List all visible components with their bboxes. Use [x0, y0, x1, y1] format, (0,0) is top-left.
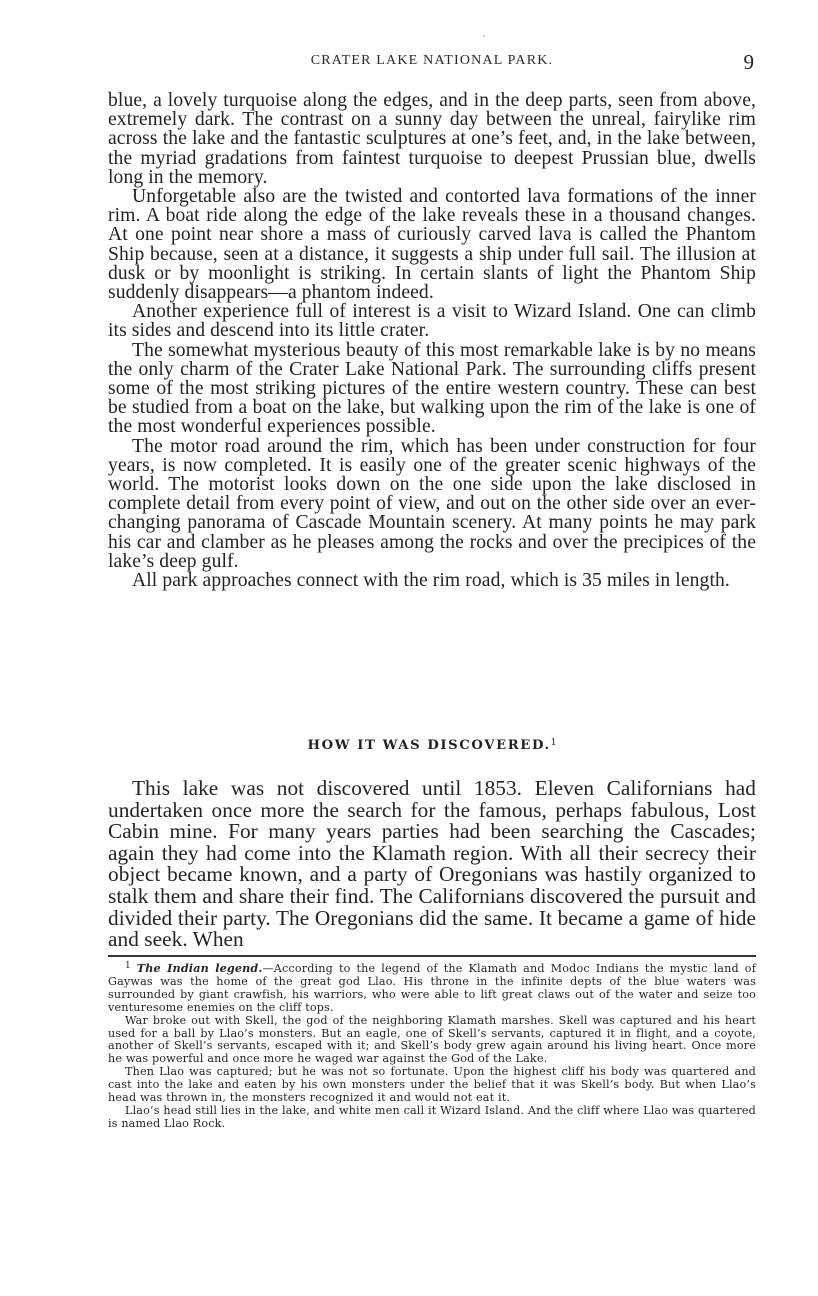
footnote-title: The Indian legend. — [137, 961, 263, 975]
paragraph-continued: blue, a lovely turquoise along the edges… — [108, 91, 756, 187]
body-section-park-description: blue, a lovely turquoise along the edges… — [108, 91, 756, 590]
page-number: 9 — [744, 50, 755, 75]
paragraph-discovery: This lake was not discovered until 1853.… — [108, 778, 756, 951]
footnote-paragraph: War broke out with Skell, the god of the… — [108, 1015, 756, 1067]
body-section-discovery: This lake was not discovered until 1853.… — [108, 778, 756, 951]
running-head: CRATER LAKE NATIONAL PARK. 9 — [108, 50, 756, 74]
section-heading-text: HOW IT WAS DISCOVERED. — [308, 738, 551, 753]
footnote-paragraph: Llao’s head still lies in the lake, and … — [108, 1105, 756, 1131]
section-heading: HOW IT WAS DISCOVERED.1 — [108, 738, 756, 753]
paragraph-park-charm: The somewhat mysterious beauty of this m… — [108, 341, 756, 437]
book-page: CRATER LAKE NATIONAL PARK. 9 blue, a lov… — [0, 0, 818, 1296]
paragraph-lava-formations: Unforgetable also are the twisted and co… — [108, 187, 756, 302]
running-title: CRATER LAKE NATIONAL PARK. — [108, 53, 756, 69]
footnote-marker: 1 — [125, 961, 131, 971]
footnote-paragraph: 1 The Indian legend.—According to the le… — [108, 960, 756, 1015]
paragraph-wizard-island: Another experience full of interest is a… — [108, 302, 756, 340]
footnote-paragraph: Then Llao was captured; but he was not s… — [108, 1066, 756, 1105]
footnotes: 1 The Indian legend.—According to the le… — [108, 960, 756, 1131]
footnote-divider — [108, 955, 756, 957]
paragraph-rim-road: All park approaches connect with the rim… — [108, 571, 756, 590]
scan-speck — [483, 35, 485, 37]
footnote-reference: 1 — [551, 738, 557, 748]
paragraph-motor-road: The motor road around the rim, which has… — [108, 437, 756, 571]
